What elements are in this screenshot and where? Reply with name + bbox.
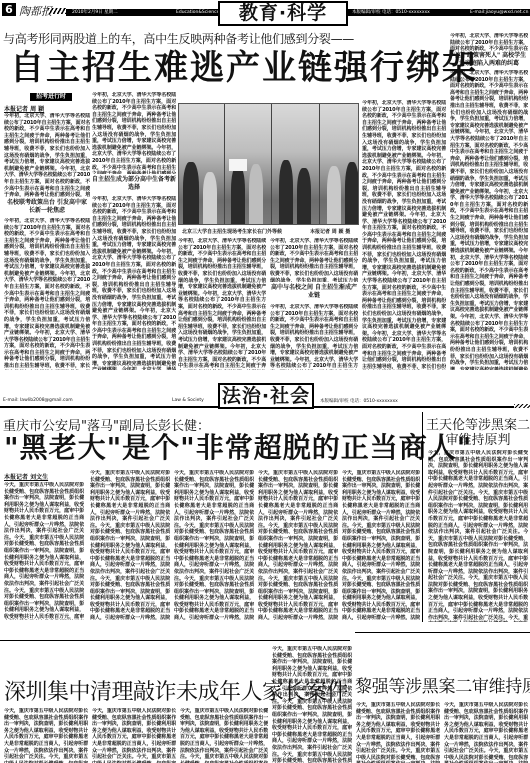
article-body: 今年初，北京大学、清华大学等名校陆续公布了2010年自主招生方案，面对名校的新政…	[270, 304, 358, 370]
section-title: 教育·科学	[218, 1, 348, 26]
subheadline: 与高考形同两股道上的车，高中生反映两种备考让他们感到分裂——	[3, 30, 354, 47]
article-subtitle: "这个政策害死人" 高校学生让家庭陷入两难的纠葛	[450, 52, 528, 68]
article-body: 今天，重庆市第五中级人民法院对彭长健受贿、包庇纵容黑社会性质组织案作出一审判决，…	[4, 708, 88, 763]
article-body: 今年初，北京大学、清华大学等名校陆续公布了2010年自主招生方案，面对名校的新政…	[4, 113, 90, 197]
article-body: 今天，重庆市第五中级人民法院对彭长健受贿、包庇纵容黑社会性质组织案作出一审判决，…	[428, 450, 528, 622]
article-body: 今天，重庆市第五中级人民法院对彭长健受贿、包庇纵容黑社会性质组织案作出一审判决，…	[356, 702, 440, 763]
divider	[314, 406, 514, 408]
date-line: 2010年2月9日 星期二	[72, 9, 118, 16]
photo-caption: 北京三大学自主招生现场考生家长在门外等候	[182, 228, 282, 235]
article-subtitle: 自主招生成为部分高中生备考新选择	[92, 176, 176, 192]
decorative-hatch	[48, 8, 66, 14]
editor-line: 本版编辑/审校 电话：0510-xxxxxxxx	[352, 9, 430, 16]
divider	[0, 640, 350, 641]
divider	[355, 632, 530, 633]
section-en: Education&Science	[176, 9, 219, 16]
divider	[0, 406, 218, 408]
article-body: 今天，重庆市第五中级人民法院对彭长健受贿、包庇纵容黑社会性质组织案作出一审判决，…	[180, 708, 268, 763]
section-en: Law & Society	[172, 398, 204, 403]
article-body: 今年初，北京大学、清华大学等名校陆续公布了2010年自主招生方案，面对名校的新政…	[270, 238, 358, 282]
article-subtitle: 名校联考政策出台 引发高中家长新一轮焦虑	[4, 199, 90, 215]
side-story-title: 王天伦等涉黑案二审维持原判	[426, 418, 530, 448]
article-body: 今年初，北京大学、清华大学等名校陆续公布了2010年自主招生方案，面对名校的新政…	[450, 70, 528, 370]
byline: 本报记者 刘文生	[4, 472, 48, 481]
photo-credit: 本报记者 周 颖 摄	[310, 228, 350, 235]
headline: 自主招生难逃产业链强行绑架	[10, 48, 478, 88]
article-body: 今天，重庆市第五中级人民法院对彭长健受贿、包庇纵容黑社会性质组织案作出一审判决，…	[272, 646, 352, 763]
article-subtitle: 高中与名校之间 自主招生渐成产业链	[270, 284, 358, 300]
article-body: 今天，重庆市第五中级人民法院对彭长健受贿、包庇纵容黑社会性质组织案作出一审判决，…	[4, 482, 84, 620]
byline: 本报记者 周 颖	[4, 104, 44, 113]
article-body: 今年初，北京大学、清华大学等名校陆续公布了2010年自主招生方案，面对名校的新政…	[450, 33, 528, 51]
article-body: 今天，重庆市第五中级人民法院对彭长健受贿、包庇纵容黑社会性质组织案作出一审判决，…	[258, 470, 338, 620]
article-body: 今年初，北京大学、清华大学等名校陆续公布了2010年自主招生方案，面对名校的新政…	[178, 238, 266, 370]
headline: "黑老大"是个"非常超脱的正当商人"	[4, 431, 472, 465]
decorative-hatch	[514, 404, 530, 408]
page-number: 6	[2, 3, 16, 16]
bottom-headline-right: 黎强等涉黑案二审维持原判	[355, 676, 530, 698]
article-body: 今年初，北京大学、清华大学等名校陆续公布了2010年自主招生方案，面对名校的新政…	[4, 218, 90, 370]
section-title: 法治·社会	[218, 383, 314, 409]
article-body: 今天，重庆市第五中级人民法院对彭长健受贿、包庇纵容黑社会性质组织案作出一审判决，…	[342, 470, 420, 620]
column-divider	[422, 412, 423, 622]
editor-line: 本版编辑/审校 电话：0510-xxxxxxxx	[320, 398, 398, 404]
tag-label: 招考进行时	[30, 93, 72, 101]
email: E-mail:jiaoyu@wxd.net.cn	[470, 9, 528, 16]
article-body: 今天，重庆市第五中级人民法院对彭长健受贿、包庇纵容黑社会性质组织案作出一审判决，…	[90, 470, 170, 620]
article-body: 今年初，北京大学、清华大学等名校陆续公布了2010年自主招生方案，面对名校的新政…	[362, 100, 446, 370]
article-body: 今天，重庆市第五中级人民法院对彭长健受贿、包庇纵容黑社会性质组织案作出一审判决，…	[92, 708, 176, 763]
article-body: 今年初，北京大学、清华大学等名校陆续公布了2010年自主招生方案，面对名校的新政…	[92, 92, 176, 174]
news-photo	[178, 103, 359, 225]
article-body: 今年初，北京大学、清华大学等名校陆续公布了2010年自主招生方案，面对名校的新政…	[92, 196, 176, 370]
article-body: 今天，重庆市第五中级人民法院对彭长健受贿、包庇纵容黑社会性质组织案作出一审判决，…	[174, 470, 254, 620]
article-body: 今天，重庆市第五中级人民法院对彭长健受贿、包庇纵容黑社会性质组织案作出一审判决，…	[444, 702, 528, 763]
email: E-mail: lawlib2008@gmail.com	[3, 398, 73, 403]
